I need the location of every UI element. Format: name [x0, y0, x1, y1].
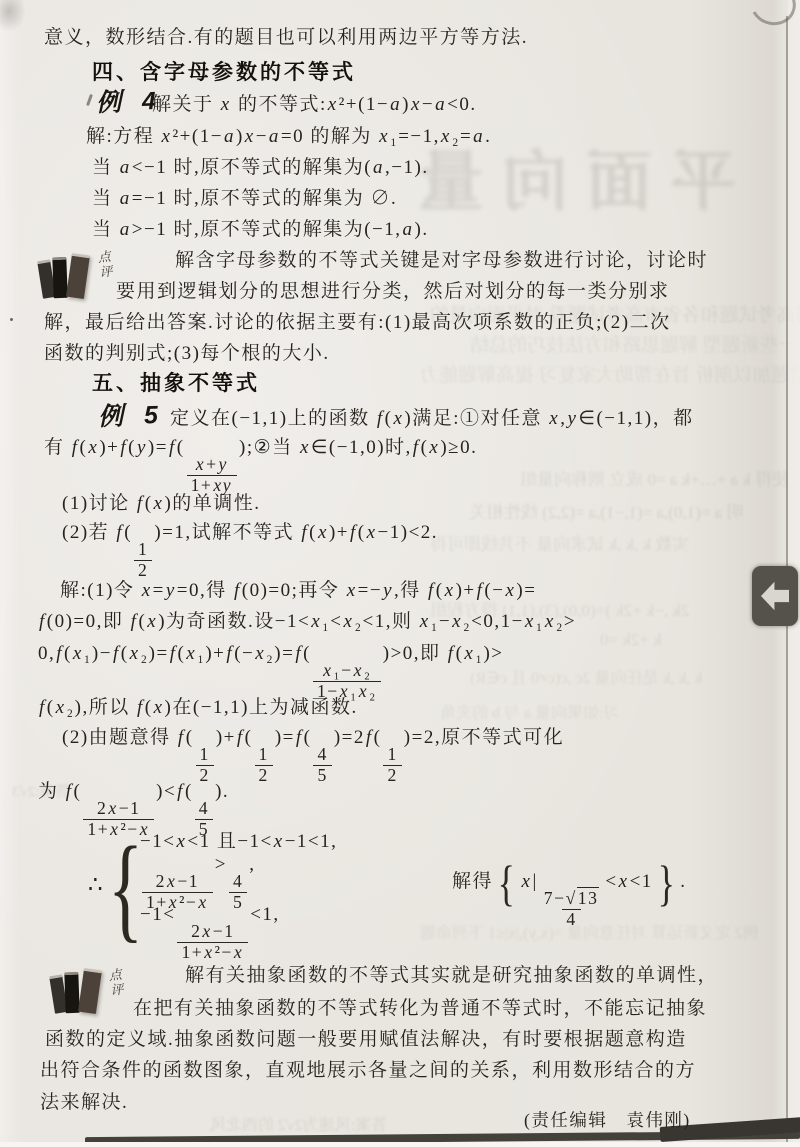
therefore-symbol: ∴ — [88, 872, 103, 898]
example4-case2: 当 a=−1 时,原不等式的解集为 ∅. — [92, 183, 397, 210]
scan-bottom-edge — [0, 1142, 800, 1147]
example5-solution-line1: 解:(1)令 x=y=0,得 f(0)=0;再令 x=−y,得 f(x)+f(−… — [60, 575, 536, 602]
example5-solution-line4: f(x₂),所以 f(x)在(−1,1)上为减函数. — [38, 692, 358, 719]
example4-solution: 解:方程 x²+(1−a)x−a=0 的解为 x₁=−1,x₂=a. — [86, 121, 491, 148]
note1-line1: 解含字母参数的不等式关键是对字母参数进行讨论，讨论时 — [175, 245, 708, 272]
intro-line: 意义，数形结合.有的题目也可以利用两边平方等方法. — [44, 22, 528, 49]
solution-set: x|7−√134<x<1 — [521, 871, 653, 892]
solve-label: 解得 — [452, 871, 493, 892]
note-stamp-label: 点评 — [106, 967, 123, 998]
scan-smudge — [0, 0, 26, 32]
example4-problem: 解关于 x 的不等式:x²+(1−a)x−a<0. — [152, 89, 477, 116]
section-heading-5: 五、抽象不等式 — [92, 367, 260, 397]
note1-line2: 要用到逻辑划分的思想进行分类，然后对划分的每一类分别求 — [116, 276, 670, 303]
solution-set-line: 解得{x|7−√134<x<1}. — [452, 866, 687, 929]
scan-speck — [10, 318, 13, 321]
note2-line5: 法来解决. — [40, 1087, 128, 1114]
example5-question2: (2)若 f(12)=1,试解不等式 f(x)+f(x−1)<2. — [62, 517, 438, 580]
example5-question1: (1)讨论 f(x)的单调性. — [62, 488, 261, 515]
note2-line2: 在把有关抽象函数的不等式转化为普通不等式时，不能忘记抽象 — [133, 993, 707, 1020]
bleedthrough-text: 习:如果向量 a 与 b 的夹角 — [440, 700, 620, 723]
arrow-left-icon — [761, 579, 789, 613]
example5-solution-line2: f(0)=0,即 f(x)为奇函数.设−1<x₁<x₂<1,则 x₁−x₂<0,… — [38, 606, 576, 633]
scan-speck — [86, 94, 93, 106]
example5-problem-line2: 有 f(x)+f(y)=f(x+y1+xy);②当 x∈(−1,0)时,f(x)… — [44, 432, 477, 495]
note-stamp-label: 点评 — [95, 249, 112, 280]
solve-period: . — [680, 871, 686, 892]
example5-label: 例 5 — [97, 395, 165, 433]
books-icon — [52, 965, 108, 1013]
books-icon — [40, 250, 96, 298]
example4-case3: 当 a>−1 时,原不等式的解集为(−1,a). — [92, 214, 429, 241]
bleedthrough-text: 面将几类典型题加以剖析 旨在帮助大家复习 提高解题能力 — [420, 360, 800, 387]
page-marker-clip-icon — [752, 566, 798, 626]
note2-line4: 出符合条件的函数图象，直观地展示各量之间的关系，利用数形结合的方 — [40, 1055, 696, 1082]
note1-line3: 解，最后给出答案.讨论的依据主要有:(1)最高次项系数的正负;(2)二次 — [44, 307, 671, 334]
bleedthrough-text: 出现了一些新题型 解题思路和方法技巧的总结 — [470, 330, 800, 357]
bleedthrough-text: 实数 k ,k ,k 试求向量 不共线即可得 — [430, 530, 689, 555]
example5-problem-line1: 定义在(−1,1)上的函数 f(x)满足:①对任意 x,y∈(−1,1)，都 — [170, 403, 694, 430]
system-brace: { — [108, 820, 143, 956]
editor-credit: (责任编辑 袁伟刚) — [524, 1107, 691, 1132]
note2-line3: 函数的定义域.抽象函数问题一般要用赋值法解决，有时要根据题意构造 — [45, 1024, 687, 1051]
note2-line1: 解有关抽象函数的不等式其实就是研究抽象函数的单调性， — [185, 960, 718, 987]
scanned-textbook-page: 平面向量 从现在全国高考试题和各省市高考试题看 对平面向量的 出现了一些新题型 … — [0, 0, 800, 1147]
bleedthrough-text: k ,k ,k 是任向量 2c ,c(c≠0 且 c∈R) — [470, 665, 702, 688]
system-row3: −1<2x−11+x²−x<1, — [140, 904, 280, 962]
system-row1: −1<x<1 且−1<x−1<1, — [140, 826, 337, 853]
bleedthrough-text: 明 a =(1,0),a =(1,−1),a =(2,2) 线性相关 — [470, 498, 743, 523]
bleedthrough-text: 答案:风速为2√2 的西北风 — [210, 1112, 387, 1135]
example4-case1: 当 a<−1 时,原不等式的解集为(a,−1). — [92, 152, 429, 179]
bleedthrough-text: 使得 k a +…+k a =0 成立 则称向量组 — [520, 465, 789, 490]
bleedthrough-text: k +2k =0 — [600, 630, 662, 650]
note1-line4: 函数的判别式;(3)每个根的大小. — [44, 338, 330, 365]
